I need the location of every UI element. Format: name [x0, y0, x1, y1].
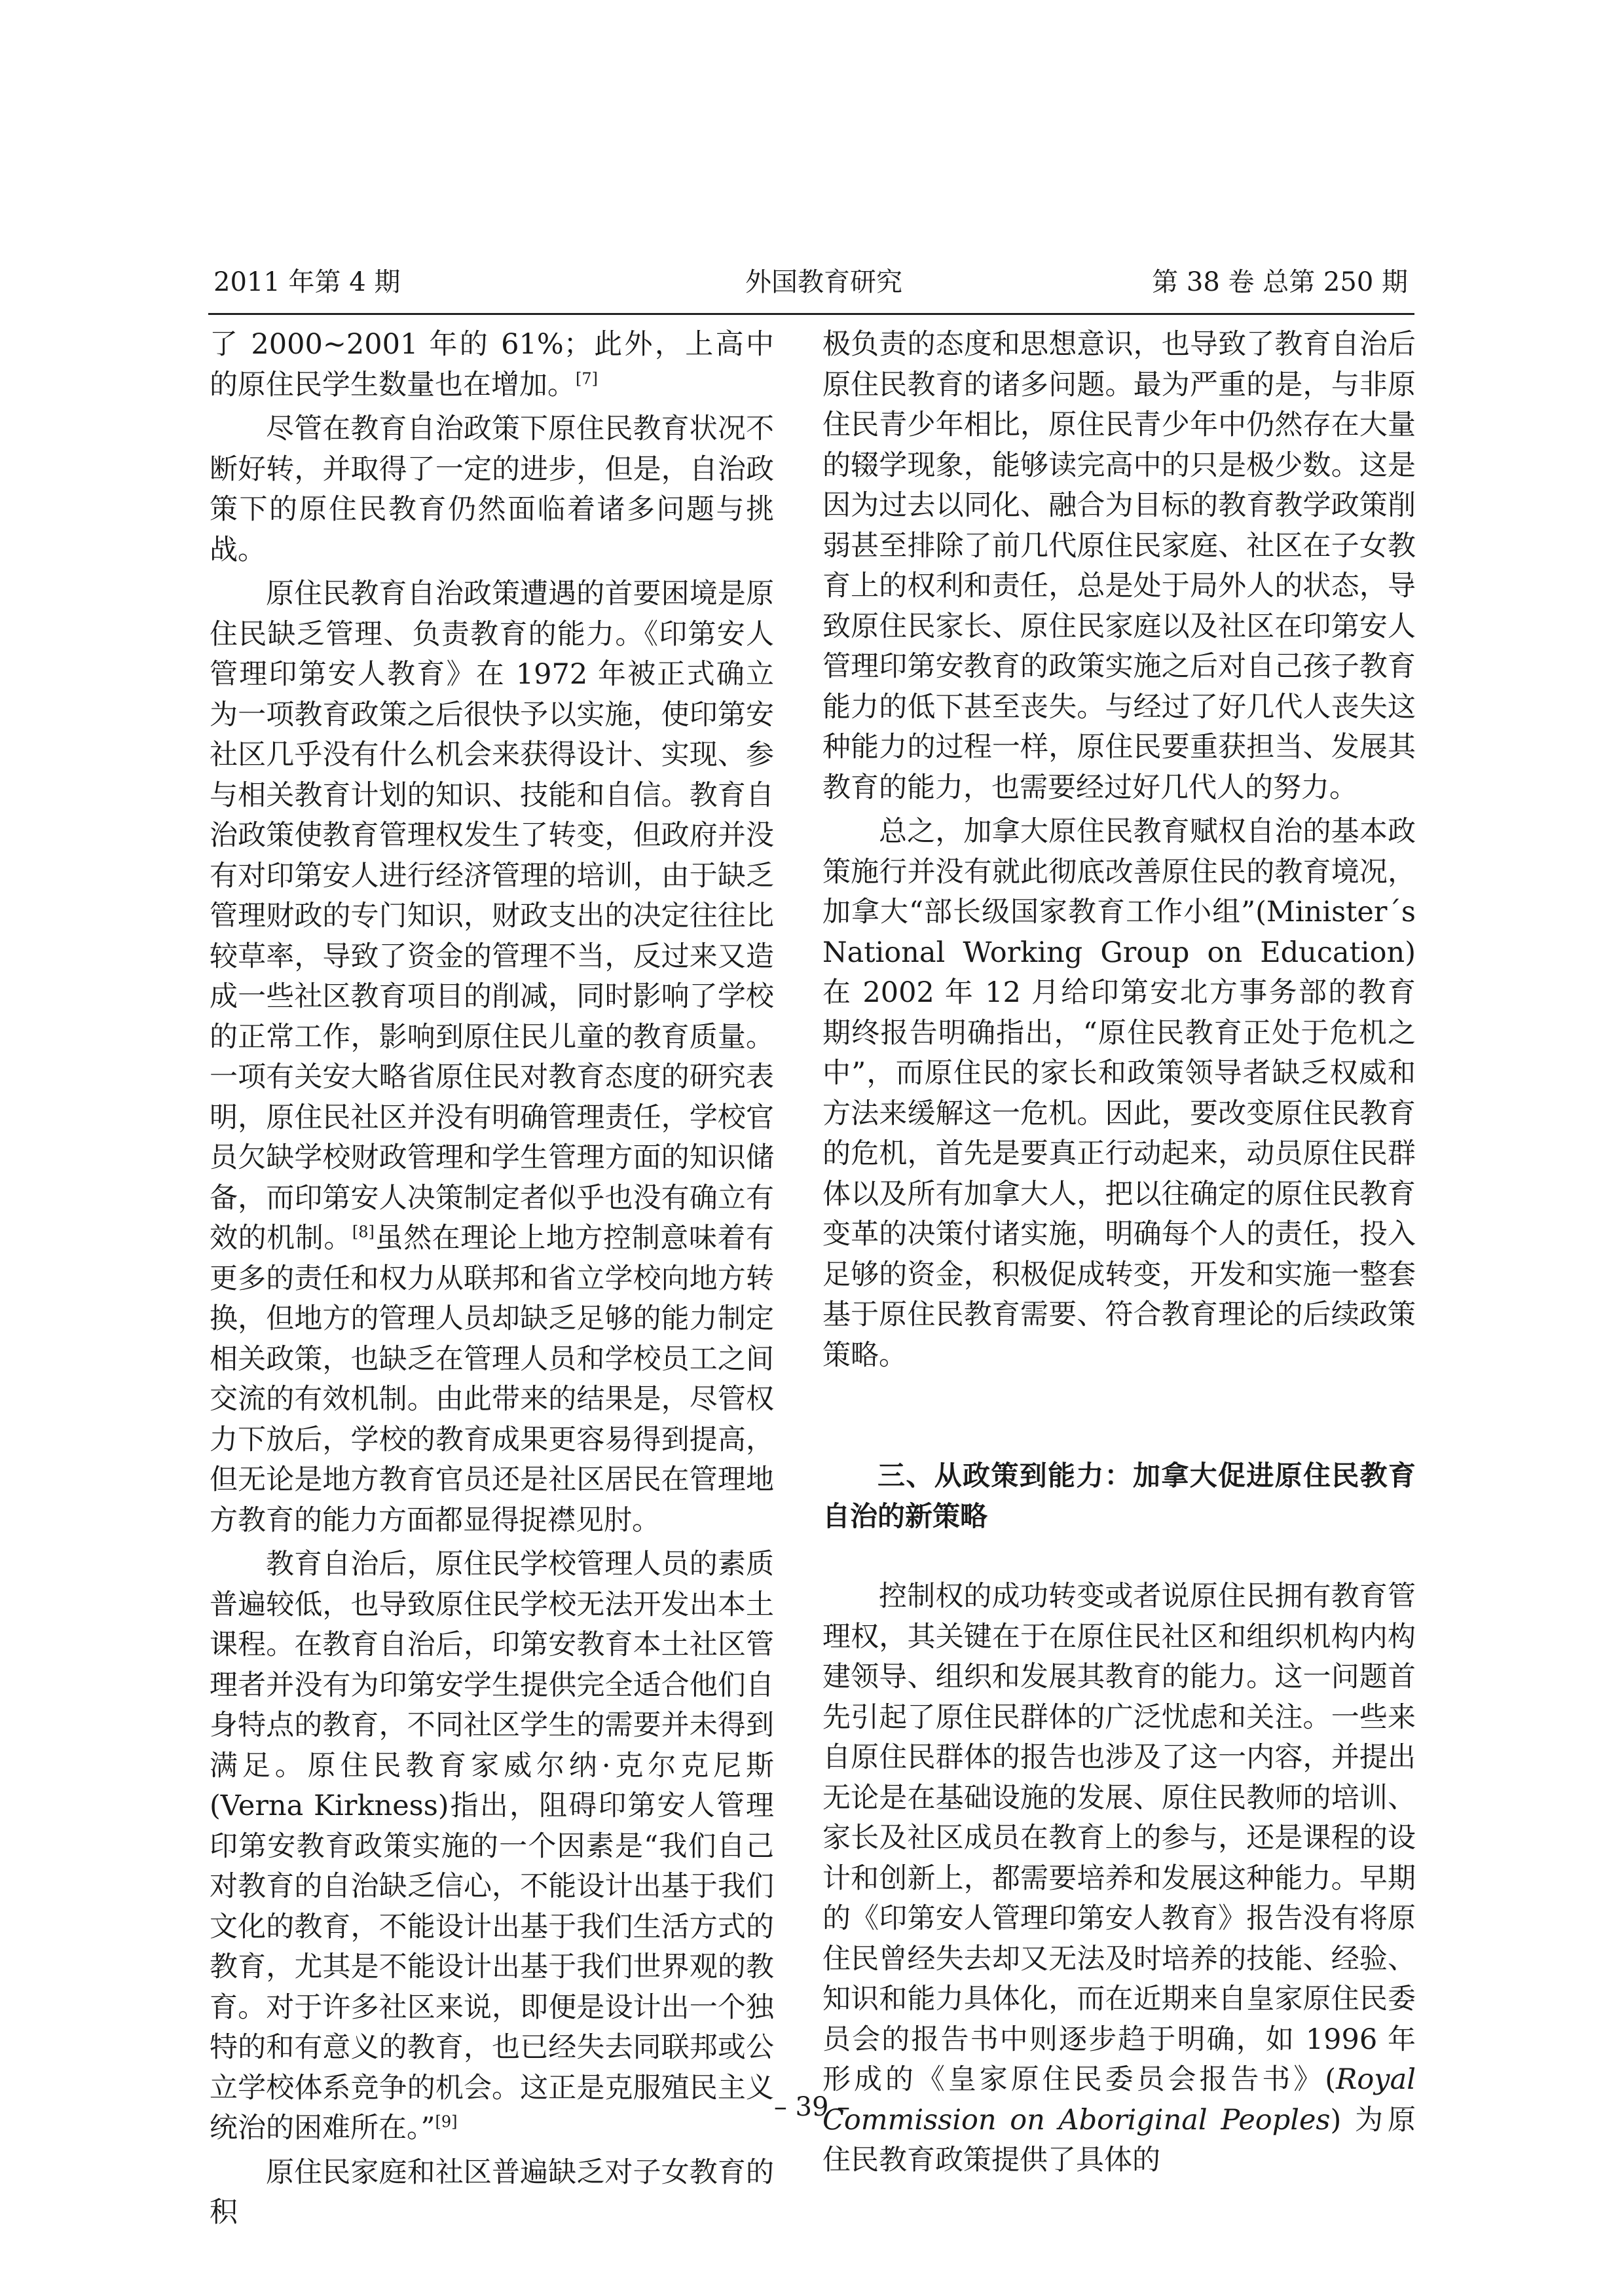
paragraph-text: 虽然在理论上地方控制意味着有更多的责任和权力从联邦和省立学校向地方转换，但地方的… — [210, 1222, 774, 1537]
section-heading: 三、从政策到能力：加拿大促进原住民教育自治的新策略 — [822, 1456, 1416, 1536]
issue-label: 2011 年第 4 期 — [213, 262, 400, 303]
paragraph: 原住民家庭和社区普遍缺乏对子女教育的积 — [210, 2153, 774, 2233]
paragraph: 总之，加拿大原住民教育赋权自治的基本政策施行并没有就此彻底改善原住民的教育境况，… — [822, 812, 1416, 1376]
citation-marker: [8] — [352, 1223, 375, 1241]
left-column: 了 2000~2001 年的 61%；此外，上高中的原住民学生数量也在增加。[7… — [210, 325, 774, 2233]
page-number: – 39 – — [0, 2092, 1624, 2122]
paragraph-text: 原住民教育自治政策遭遇的首要困境是原住民缺乏管理、负责教育的能力。《印第安人管理… — [210, 578, 774, 1255]
volume-label: 第 38 卷 总第 250 期 — [1152, 262, 1408, 303]
paragraph: 了 2000~2001 年的 61%；此外，上高中的原住民学生数量也在增加。[7… — [210, 325, 774, 405]
paragraph-text: 了 2000~2001 年的 61%；此外，上高中的原住民学生数量也在增加。 — [210, 328, 774, 401]
paragraph: 控制权的成功转变或者说原住民拥有教育管理权，其关键在于在原住民社区和组织机构内构… — [822, 1577, 1416, 2181]
paragraph: 尽管在教育自治政策下原住民教育状况不断好转，并取得了一定的进步，但是，自治政策下… — [210, 409, 774, 570]
right-column: 极负责的态度和思想意识，也导致了教育自治后原住民教育的诸多问题。最为严重的是，与… — [822, 325, 1416, 2181]
citation-marker: [7] — [576, 369, 598, 388]
header-divider — [208, 313, 1414, 315]
paragraph: 教育自治后，原住民学校管理人员的素质普遍较低，也导致原住民学校无法开发出本土课程… — [210, 1545, 774, 2149]
paragraph-text: 控制权的成功转变或者说原住民拥有教育管理权，其关键在于在原住民社区和组织机构内构… — [822, 1580, 1416, 2096]
running-header: 2011 年第 4 期 外国教育研究 第 38 卷 总第 250 期 — [208, 262, 1414, 303]
journal-title: 外国教育研究 — [745, 262, 902, 303]
paragraph: 极负责的态度和思想意识，也导致了教育自治后原住民教育的诸多问题。最为严重的是，与… — [822, 325, 1416, 808]
paragraph: 原住民教育自治政策遭遇的首要困境是原住民缺乏管理、负责教育的能力。《印第安人管理… — [210, 574, 774, 1541]
paragraph-text: 教育自治后，原住民学校管理人员的素质普遍较低，也导致原住民学校无法开发出本土课程… — [210, 1548, 774, 2144]
